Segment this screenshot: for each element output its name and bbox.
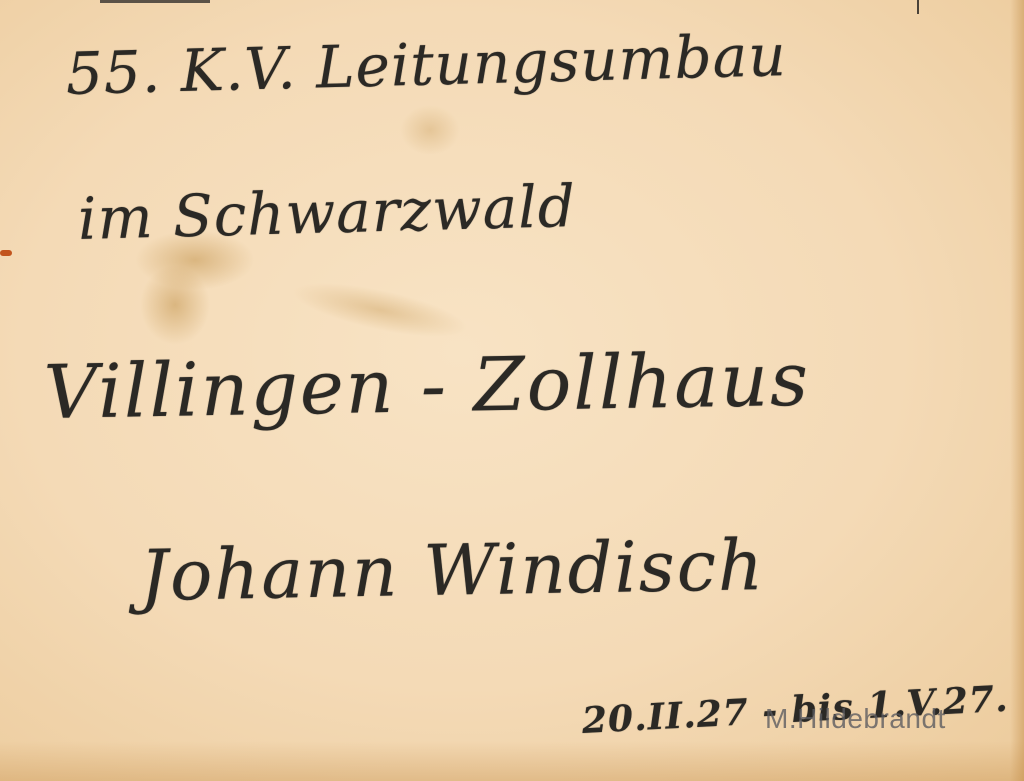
rust-spot	[0, 250, 12, 256]
water-stain	[140, 265, 210, 345]
ink-mark	[917, 0, 919, 14]
handwritten-line-route: Villingen - Zollhaus	[43, 337, 810, 436]
document-page: 55. K.V. Leitungsumbau im Schwarzwald Vi…	[0, 0, 1024, 781]
handwritten-line-name: Johann Windisch	[139, 524, 765, 617]
ink-mark	[100, 0, 210, 3]
water-stain	[400, 105, 460, 155]
paper-edge-shading	[1010, 0, 1024, 781]
handwritten-line-location: im Schwarzwald	[77, 172, 577, 253]
watermark: M.Hildebrandt	[765, 703, 946, 735]
paper-edge-shading	[0, 741, 1024, 781]
water-stain	[288, 272, 472, 349]
handwritten-line-title: 55. K.V. Leitungsumbau	[65, 21, 787, 108]
